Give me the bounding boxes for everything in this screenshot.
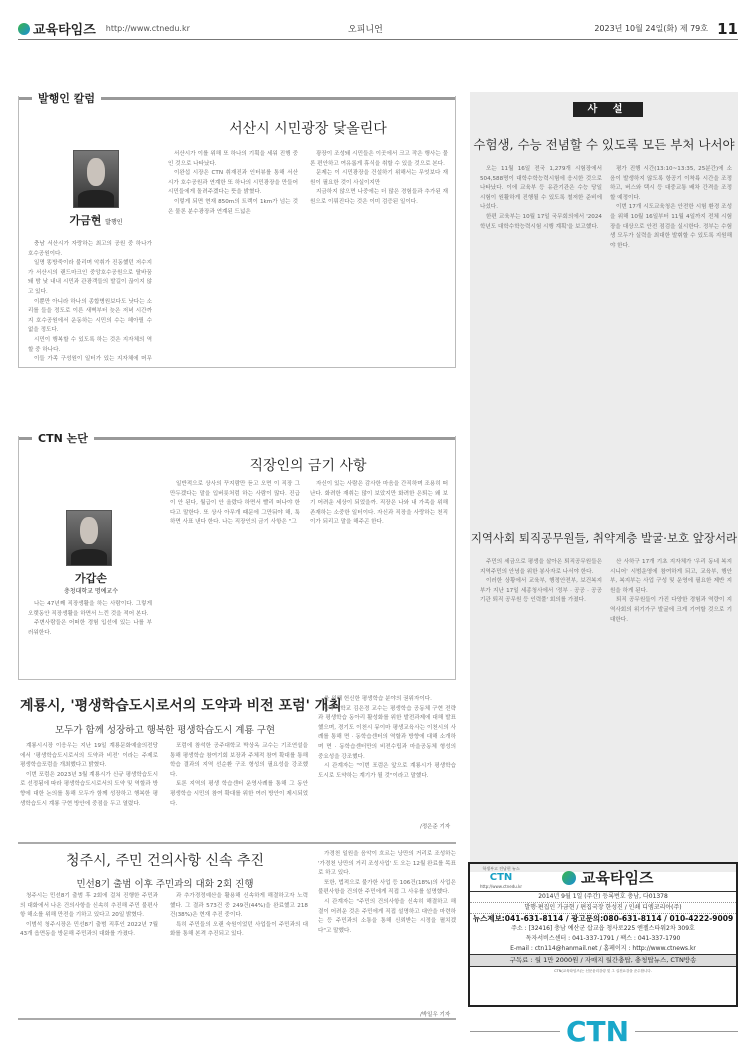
reporter-credit: /박일우 기자 bbox=[420, 1010, 450, 1018]
footer-logo-area: CTN bbox=[470, 1018, 738, 1046]
reporter-credit: /정은준 기자 bbox=[420, 822, 450, 830]
editorial-2-column-1: 주민의 세금으로 평생을 살아온 퇴직공무원들은 지역주민의 안녕을 위한 봉사… bbox=[480, 558, 602, 868]
editorial-title-1: 수험생, 수능 전념할 수 있도록 모든 부처 나서야 bbox=[470, 135, 738, 153]
logo-text: 교육타임즈 bbox=[33, 19, 96, 38]
article-column-2: 과 추가경정예산을 활용해 신속하게 해결하고자 노력했다. 그 결과 573건… bbox=[170, 892, 308, 1012]
bottom-divider bbox=[18, 1018, 456, 1020]
publication-info-box: 학생부고 전남편 뉴스CTNhttp://www.ctnedu.kr 교육타임즈… bbox=[468, 862, 738, 1007]
article-column-1: 충남 서산시가 자랑하는 최고의 공원 중 하나가 호수공원이다.일명 똥방죽이… bbox=[28, 240, 152, 364]
brand-leaf-icon bbox=[562, 871, 576, 885]
masthead-logo: 교육타임즈 bbox=[18, 19, 96, 38]
article-column-1: 나는 47년째 직장생활을 하는 사람이다. 그렇게 오랫동안 직장생활을 하면… bbox=[28, 600, 152, 676]
email-homepage[interactable]: E-mail : ctn114@hanmail.net / 홈페이지 : htt… bbox=[470, 944, 736, 954]
brand-leaf-icon bbox=[18, 23, 30, 35]
issue-date: 2023년 10월 24일(화) 제 79호 bbox=[594, 23, 708, 34]
address: 주소 : [32416] 충남 예산군 삽교읍 청사로225 엔젤스타워2차 3… bbox=[470, 924, 736, 934]
subscription-info: 구독료 : 월 1만 2000원 / 자매지 월간충탑, 충청탑뉴스, CTN방… bbox=[470, 954, 736, 967]
registration-info: 2014년 9월 1일 (주간) 등록번호 충남, 다01378 bbox=[470, 892, 736, 903]
page-number: 11 bbox=[717, 20, 738, 38]
editorial-1-column-1: 오는 11월 16일 전국 1,279개 시험장에서 504,588명이 대학수… bbox=[480, 165, 602, 520]
ctn-footer-logo: CTN bbox=[560, 1018, 635, 1046]
article-column-3: 광장이 조성돼 시민들은 이곳에서 크고 작은 행사는 물론 편안하고 여유롭게… bbox=[310, 150, 448, 364]
article-column-2: 포럼에 참석한 공주대학교 박상옥 교수는 기조연설을 통해 평생학습 참여기회… bbox=[170, 742, 308, 826]
contact-phones: 뉴스제보:041-631-8114 / 광고문의:080-631-8114 / … bbox=[470, 914, 736, 924]
article-column-2: 일반적으로 상사의 꾸지람만 듣고 오면 이 직장 그만두겠다는 말을 입버릇처… bbox=[170, 480, 300, 676]
reader-service: 독자서비스센터 : 041-337-1791 / 팩스 : 041-337-17… bbox=[470, 934, 736, 944]
page-header: 교육타임즈 http://www.ctnedu.kr 오피니언 2023년 10… bbox=[18, 18, 738, 40]
article-divider bbox=[18, 842, 456, 844]
ctn-logo: 학생부고 전남편 뉴스CTNhttp://www.ctnedu.kr bbox=[480, 864, 522, 891]
article-column-1: 청주시는 민선8기 출범 후 2회에 걸쳐 진행한 주민과의 대화에서 나온 건… bbox=[20, 892, 158, 1012]
article-column-3: 가경천 일원을 음악이 흐르는 낭만의 거리로 조성하는 '가경천 낭만의 거리… bbox=[318, 850, 456, 1010]
article-column-3: 을 위해 헌신한 평생학습 분야의 권위자이다.공주대학교 김은경 교수는 평생… bbox=[318, 695, 456, 821]
author-caption: 가금현 발행인 bbox=[40, 212, 152, 228]
article-title: 서산시 시민광장 닻올린다 bbox=[160, 118, 456, 138]
author-photo bbox=[73, 150, 119, 208]
article-title: 청주시, 주민 건의사항 신속 추진 bbox=[20, 850, 310, 870]
editorial-1-column-2: 평가 진행 시간(13:10~13:35, 25분간)에 소음이 발생하지 않도… bbox=[610, 165, 732, 520]
article-column-3: 자신이 있는 사람은 감사한 마음을 간직하며 조용히 떠난다. 화려한 재취는… bbox=[310, 480, 448, 676]
article-column-1: 계룡시시장 이응우는 지난 19일 계룡문화예술의전당에서 '평생학습도시로서의… bbox=[20, 742, 158, 826]
ethics-notice: CTN(교육타임즈)는 신문윤리강령 및 그 실천요강을 준수합니다. bbox=[470, 967, 736, 975]
editorial-2-column-2: 산 사하구 17개 기초 지자체가 '우리 동네 복지 시니어' 시범운영에 참… bbox=[610, 558, 732, 868]
header-url[interactable]: http://www.ctnedu.kr bbox=[106, 24, 190, 33]
article-title: 계룡시, '평생학습도시로서의 도약과 비전 포럼' 개최 bbox=[20, 695, 310, 715]
author-caption: 가갑손충청대학교 명예교수 bbox=[35, 570, 147, 595]
editorial-tag: 사 설 bbox=[573, 102, 643, 117]
section-name: 오피니언 bbox=[348, 22, 383, 35]
article-subtitle: 민선8기 출범 이후 주민과의 대화 2회 진행 bbox=[20, 876, 310, 890]
editorial-title-2: 지역사회 퇴직공무원들, 취약계층 발굴·보호 앞장서라 bbox=[470, 530, 738, 546]
brand-logo: 교육타임즈 bbox=[562, 867, 653, 888]
article-column-2: 서산시가 이를 위해 또 하나의 기획을 세워 진행 중인 것으로 나타났다.이… bbox=[168, 150, 298, 364]
article-subtitle: 모두가 함께 성장하고 행복한 평생학습도시 계룡 구현 bbox=[20, 722, 310, 736]
article-title: 직장인의 금기 사항 bbox=[160, 455, 456, 475]
author-photo bbox=[66, 510, 112, 566]
staff-info: 발행·편집인 가금현 / 편집국장 한성진 / 인쇄 디엠코리아(주) bbox=[470, 903, 736, 914]
